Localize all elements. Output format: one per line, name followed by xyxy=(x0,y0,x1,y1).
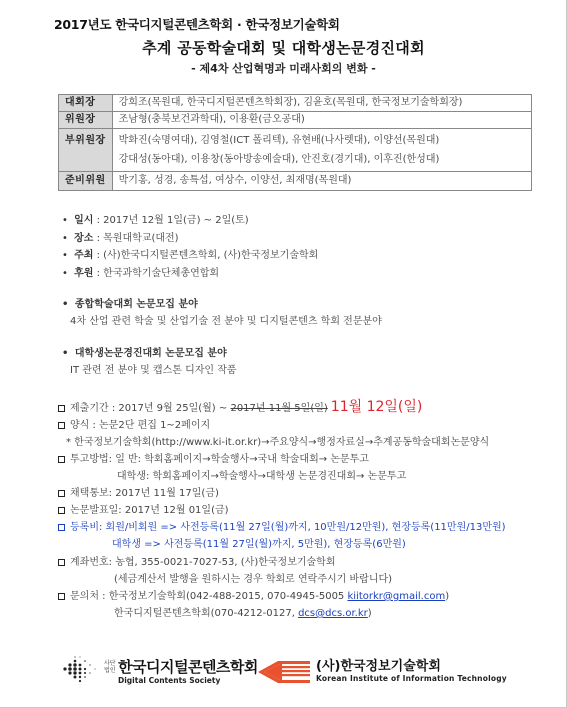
dcs-dots-icon xyxy=(62,656,102,686)
email-link-dcs[interactable]: dcs@dcs.or.kr xyxy=(298,608,368,619)
members-cell: 박기홍, 성경, 송특섭, 여상수, 이양선, 최재명(목원대) xyxy=(112,172,531,191)
student-fields-title: 대학생논문경진대회 논문모집 분야 xyxy=(62,344,227,359)
checkbox-square-icon xyxy=(58,456,65,463)
info-venue: 장소 : 목원대학교(대전) xyxy=(62,229,179,244)
info-value: 목원대학교(대전) xyxy=(103,233,178,244)
checkbox-square-icon xyxy=(58,524,65,531)
members-line: 박화진(숙명여대), 김영철(ICT 폴리텍), 유현배(나사렛대), 이양선(… xyxy=(119,131,525,150)
role-cell: 위원장 xyxy=(59,112,113,129)
deadline-new: 11월 12일(일) xyxy=(331,399,423,415)
page-title: 추계 공동학술대회 및 대학생논문경진대회 xyxy=(0,37,567,58)
presentation-line: 논문발표일: 2017년 12월 01일(금) xyxy=(58,501,229,516)
table-row: 위원장 조남형(충북보건과학대), 이용환(금오공대) xyxy=(59,112,532,129)
dcs-name-en: Digital Contents Society xyxy=(118,676,220,685)
info-date: 일시 : 2017년 12월 1일(금) ~ 2일(토) xyxy=(62,211,249,226)
contact-line-2: 한국디지털콘텐츠학회(070-4212-0127, dcs@dcs.or.kr) xyxy=(114,604,372,619)
checkbox-square-icon xyxy=(58,507,65,514)
page-subtitle: - 제4차 산업혁명과 미래사회의 변화 - xyxy=(0,60,567,76)
deadline-line: 제출기간 : 2017년 9월 25일(월) ~ 2017년 11월 5일(일)… xyxy=(58,396,422,416)
contact-suffix: ) xyxy=(368,608,372,619)
notice-text: 채택통보: 2017년 11월 17일(금) xyxy=(70,488,219,499)
format-text: 양식 : 논문2단 편집 1~2페이지 xyxy=(70,420,210,431)
general-fields-title: 종합학술대회 논문모집 분야 xyxy=(62,295,198,310)
account-note: (세금계산서 발행을 원하시는 경우 학회로 연락주시기 바랍니다) xyxy=(114,570,392,585)
submit-general-text: 투고방법: 일 반: 학회홈페이지→학술행사→국내 학술대회→ 논문투고 xyxy=(70,454,369,465)
deadline-prefix: 제출기간 : 2017년 9월 25일(월) ~ xyxy=(70,403,230,414)
general-fields-desc: 4차 산업 관련 학술 및 산업기술 전 분야 및 디지털콘텐츠 학회 전문분야 xyxy=(70,312,382,327)
members-cell: 박화진(숙명여대), 김영철(ICT 폴리텍), 유현배(나사렛대), 이양선(… xyxy=(112,129,531,172)
kiit-name-ko: (사)한국정보기술학회 xyxy=(316,655,441,674)
info-label: 일시 xyxy=(74,215,93,226)
info-label: 장소 xyxy=(74,233,93,244)
checkbox-square-icon xyxy=(58,405,65,412)
info-value: 2017년 12월 1일(금) ~ 2일(토) xyxy=(103,215,249,226)
info-value: 한국과학기술단체총연합회 xyxy=(103,268,219,279)
info-sponsor: 후원 : 한국과학기술단체총연합회 xyxy=(62,264,219,279)
info-value: (사)한국디지털콘텐츠학회, (사)한국정보기술학회 xyxy=(103,250,318,261)
role-cell: 부위원장 xyxy=(59,129,113,172)
student-fields-desc: IT 관련 전 분야 및 캡스톤 디자인 작품 xyxy=(70,361,237,376)
header-organizers: 2017년도 한국디지털콘텐츠학회 · 한국정보기술학회 xyxy=(54,15,340,33)
deadline-old: 2017년 11월 5일(일) xyxy=(230,403,327,414)
kiit-logo-icon xyxy=(258,659,310,685)
format-line: 양식 : 논문2단 편집 1~2페이지 xyxy=(58,416,210,431)
info-label: 주최 xyxy=(74,250,93,261)
members-line: 강대성(동아대), 이용창(동아방송예술대), 안진호(경기대), 이후진(한성… xyxy=(119,150,525,169)
dcs-logo: 사단법인 한국디지털콘텐츠학회 Digital Contents Society xyxy=(62,652,262,692)
student-fields-title-text: 대학생논문경진대회 논문모집 분야 xyxy=(75,348,227,359)
contact-suffix: ) xyxy=(445,591,449,602)
kiit-name-en: Korean Institute of Information Technolo… xyxy=(316,674,507,683)
checkbox-square-icon xyxy=(58,490,65,497)
account-line: 계좌번호: 농협, 355-0021-7027-53, (사)한국정보기술학회 xyxy=(58,553,336,568)
account-text: 계좌번호: 농협, 355-0021-7027-53, (사)한국정보기술학회 xyxy=(70,557,336,568)
submit-student-line: 대학생: 학회홈페이지→학술행사→대학생 논문경진대회→ 논문투고 xyxy=(117,467,406,482)
submit-general-line: 투고방법: 일 반: 학회홈페이지→학술행사→국내 학술대회→ 논문투고 xyxy=(58,450,369,465)
members-cell: 조남형(충북보건과학대), 이용환(금오공대) xyxy=(112,112,531,129)
table-row: 부위원장 박화진(숙명여대), 김영철(ICT 폴리텍), 유현배(나사렛대),… xyxy=(59,129,532,172)
members-cell: 강희조(목원대, 한국디지털콘텐츠학회장), 김윤호(목원대, 한국정보기술학회… xyxy=(112,95,531,112)
table-row: 준비위원 박기홍, 성경, 송특섭, 여상수, 이양선, 최재명(목원대) xyxy=(59,172,532,191)
presentation-text: 논문발표일: 2017년 12월 01일(금) xyxy=(70,505,229,516)
table-row: 대회장 강희조(목원대, 한국디지털콘텐츠학회장), 김윤호(목원대, 한국정보… xyxy=(59,95,532,112)
checkbox-square-icon xyxy=(58,422,65,429)
fee-students-line: 대학생 => 사전등록(11월 27일(월)까지, 5만원), 현장등록(6만원… xyxy=(112,535,406,550)
dcs-name-ko: 한국디지털콘텐츠학회 xyxy=(118,656,258,677)
fee-members-line: 등록비: 회원/비회원 => 사전등록(11월 27일(월)까지, 10만원/1… xyxy=(58,518,506,533)
general-fields-title-text: 종합학술대회 논문모집 분야 xyxy=(75,299,198,310)
email-link-kiit[interactable]: kiitorkr@gmail.com xyxy=(347,591,445,602)
checkbox-square-icon xyxy=(58,559,65,566)
document-page: 2017년도 한국디지털콘텐츠학회 · 한국정보기술학회 추계 공동학술대회 및… xyxy=(0,0,567,708)
dcs-legal-label: 사단법인 xyxy=(104,660,116,674)
role-cell: 준비위원 xyxy=(59,172,113,191)
format-note: * 한국정보기술학회(http://www.ki-it.or.kr)→주요양식→… xyxy=(66,433,489,448)
contact-line: 문의처 : 한국정보기술학회(042-488-2015, 070-4945-50… xyxy=(58,587,449,602)
contact-text: 한국디지털콘텐츠학회(070-4212-0127, xyxy=(114,608,298,619)
fee-members-text: 등록비: 회원/비회원 => 사전등록(11월 27일(월)까지, 10만원/1… xyxy=(70,522,506,533)
info-host: 주최 : (사)한국디지털콘텐츠학회, (사)한국정보기술학회 xyxy=(62,246,318,261)
role-cell: 대회장 xyxy=(59,95,113,112)
contact-text: 문의처 : 한국정보기술학회(042-488-2015, 070-4945-50… xyxy=(70,591,347,602)
info-label: 후원 xyxy=(74,268,93,279)
notice-line: 채택통보: 2017년 11월 17일(금) xyxy=(58,484,219,499)
committee-table: 대회장 강희조(목원대, 한국디지털콘텐츠학회장), 김윤호(목원대, 한국정보… xyxy=(58,94,532,191)
checkbox-square-icon xyxy=(58,593,65,600)
